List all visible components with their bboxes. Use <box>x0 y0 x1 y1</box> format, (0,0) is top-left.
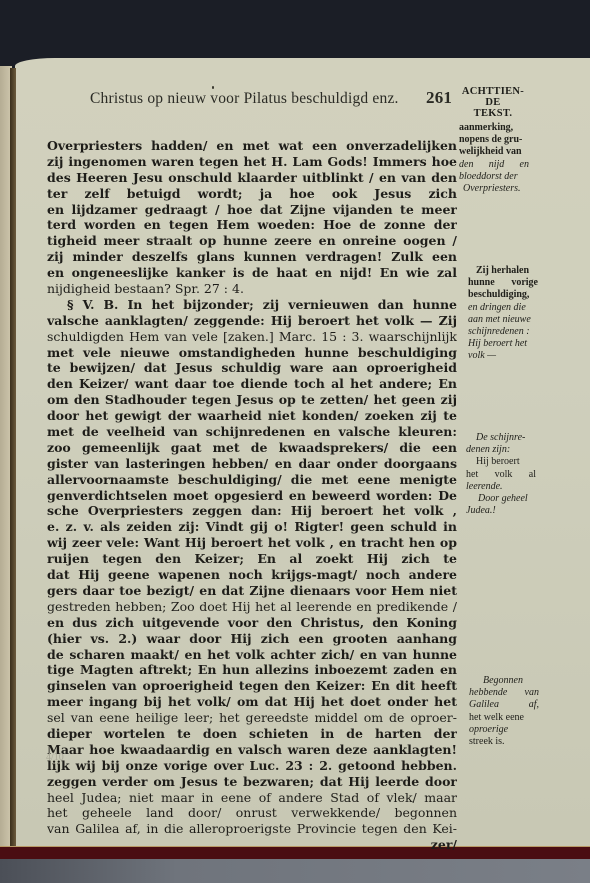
text-line: dieper wortelen te doen schieten in de h… <box>47 726 457 742</box>
text-line: valsche aanklagten/ zeggende: Hij beroer… <box>47 313 457 329</box>
text-line: met de veelheid van schijnredenen en val… <box>47 424 457 440</box>
text-line: zij ingenomen waren tegen het H. Lam God… <box>47 154 457 170</box>
margin-note-line: Zij herhalen <box>468 265 538 277</box>
text-line: ter zelf betuigd wordt; ja hoe ook Jesus… <box>47 186 457 202</box>
margin-note-line: Judea.! <box>466 505 536 517</box>
margin-note-line: hunne vorige <box>468 277 538 289</box>
margin-note-line: streek is. <box>469 736 539 748</box>
margin-note-line: nopens de gru- <box>459 134 529 146</box>
margin-note-line: het welk eene <box>469 712 539 724</box>
text-line: en lijdzamer gedraagt / hoe dat Zijne vi… <box>47 202 457 218</box>
margin-note-line: Door geheel <box>466 493 536 505</box>
margin-note-1: aanmerking, nopens de gru- welijkheid va… <box>459 122 529 195</box>
margin-note-4: Begonnen hebbende van Galilea af, het we… <box>469 675 539 748</box>
text-line: sche Overpriesters zeggen dan: Hij beroe… <box>47 503 457 519</box>
margin-note-line: De schijnre- <box>466 432 536 444</box>
text-line: door het gewigt der waarheid niet konden… <box>47 408 457 424</box>
section-label-line: TEKST. <box>457 108 529 119</box>
page-gutter <box>10 68 16 846</box>
section-label: ACHTTIEN- DE TEKST. <box>457 86 529 119</box>
paper-speck <box>212 86 214 89</box>
text-line: lijk wij bij onze vorige over Luc. 23 : … <box>47 758 457 774</box>
text-line: om den Stadhouder tegen Jesus op te zett… <box>47 392 457 408</box>
text-line: ruijen tegen den Keizer; En al zoekt Hij… <box>47 551 457 567</box>
margin-note-line: volk — <box>468 350 538 362</box>
text-line: van Galilea af, in die alleroproerigste … <box>47 821 457 837</box>
margin-note-3: De schijnre- denen zijn: Hij beroert het… <box>466 432 536 517</box>
margin-note-line: Begonnen <box>469 675 539 687</box>
text-line: tige Magten aftrekt; En hun allezins inb… <box>47 662 457 678</box>
text-line: de scharen maakt/ en het volk achter zic… <box>47 647 457 663</box>
text-line: wij zeer vele: Want Hij beroert het volk… <box>47 535 457 551</box>
text-line: Overpriesters hadden/ en met wat een onv… <box>47 138 457 154</box>
catchword-line: zer/ <box>47 837 457 853</box>
text-line: des Heeren Jesu onschuld klaarder uitbli… <box>47 170 457 186</box>
body-text: Overpriesters hadden/ en met wat een onv… <box>47 138 457 853</box>
margin-note-line: denen zijn: <box>466 444 536 456</box>
text-line: genverdichtselen moet opgesierd en bewee… <box>47 488 457 504</box>
text-line: den Keizer/ want daar toe diende toch al… <box>47 376 457 392</box>
margin-note-line: beschuldiging, <box>468 289 538 301</box>
margin-note-line: Hij beroert <box>466 456 536 468</box>
table-surface <box>0 855 590 883</box>
margin-note-line: schijnredenen : <box>468 326 538 338</box>
margin-note-line: aan met nieuwe <box>468 314 538 326</box>
section-label-line: ACHTTIEN- <box>457 86 529 97</box>
text-line: (hier vs. 2.) waar door Hij zich een gro… <box>47 631 457 647</box>
text-line: e. z. v. als zeiden zij: Vindt gij o! Ri… <box>47 519 457 535</box>
margin-note-line: welijkheid van <box>459 146 529 158</box>
margin-note-line: en dringen die <box>468 302 538 314</box>
margin-note-line: Overpriesters. <box>459 183 529 195</box>
margin-note-line: bloeddorst der <box>459 171 529 183</box>
margin-note-line: hebbende van <box>469 687 539 699</box>
section-label-line: DE <box>457 97 529 108</box>
margin-note-line: oproerige <box>469 724 539 736</box>
page-number: 261 <box>426 88 452 108</box>
text-line: schuldigden Hem van vele [zaken.] Marc. … <box>47 329 457 345</box>
text-line: zoo gemeenlijk gaat met de kwaadsprekers… <box>47 440 457 456</box>
margin-note-line: leerende. <box>466 481 536 493</box>
margin-note-line: den nijd en <box>459 159 529 171</box>
text-line: zij minder deszelfs glans kunnen verdrag… <box>47 249 457 265</box>
text-line: zeggen verder om Jesus te bezwaren; dat … <box>47 774 457 790</box>
text-line: gister van lasteringen hebben/ en daar o… <box>47 456 457 472</box>
margin-note-line: het volk al <box>466 469 536 481</box>
text-line: nijdigheid bestaan? Spr. 27 : 4. <box>47 281 457 297</box>
text-line: Maar hoe kwaadaardig en valsch waren dez… <box>47 742 457 758</box>
text-line: en ongeneeslijke kanker is de haat en ni… <box>47 265 457 281</box>
text-line: gestreden hebben; Zoo doet Hij het al le… <box>47 599 457 615</box>
text-line: heel Judea; niet maar in eene of andere … <box>47 790 457 806</box>
faint-pencil-mark: 4/10 <box>46 752 64 763</box>
section-start-line: § V. B. In het bijzonder; zij vernieuwen… <box>47 297 457 313</box>
margin-note-2: Zij herhalen hunne vorige beschuldiging,… <box>468 265 538 363</box>
text-line: allervoornaamste beschuldiging/ die met … <box>47 472 457 488</box>
text-line: gers daar toe bezigt/ en dat Zijne diena… <box>47 583 457 599</box>
margin-note-line: Galilea af, <box>469 699 539 711</box>
text-line: dat Hij geene wapenen noch krijgs-magt/ … <box>47 567 457 583</box>
text-line: en dus zich uitgevende voor den Christus… <box>47 615 457 631</box>
running-title: Christus op nieuw voor Pilatus beschuldi… <box>90 90 399 108</box>
text-line: meer ingang bij het volk/ om dat Hij het… <box>47 694 457 710</box>
text-line: te bewijzen/ dat Jesus schuldig ware aan… <box>47 360 457 376</box>
margin-note-line: aanmerking, <box>459 122 529 134</box>
text-line: het geheele land door/ onrust verwekkend… <box>47 805 457 821</box>
text-line: terd worden en tegen Hem woeden: Hoe de … <box>47 217 457 233</box>
text-line: met vele nieuwe omstandigheden hunne bes… <box>47 345 457 361</box>
text-line: ginselen van oproerigheid tegen den Keiz… <box>47 678 457 694</box>
text-line: tigheid meer straalt op hunne zeere en o… <box>47 233 457 249</box>
margin-note-line: Hij beroert het <box>468 338 538 350</box>
text-line: sel van eene heilige leer; het gereedste… <box>47 710 457 726</box>
